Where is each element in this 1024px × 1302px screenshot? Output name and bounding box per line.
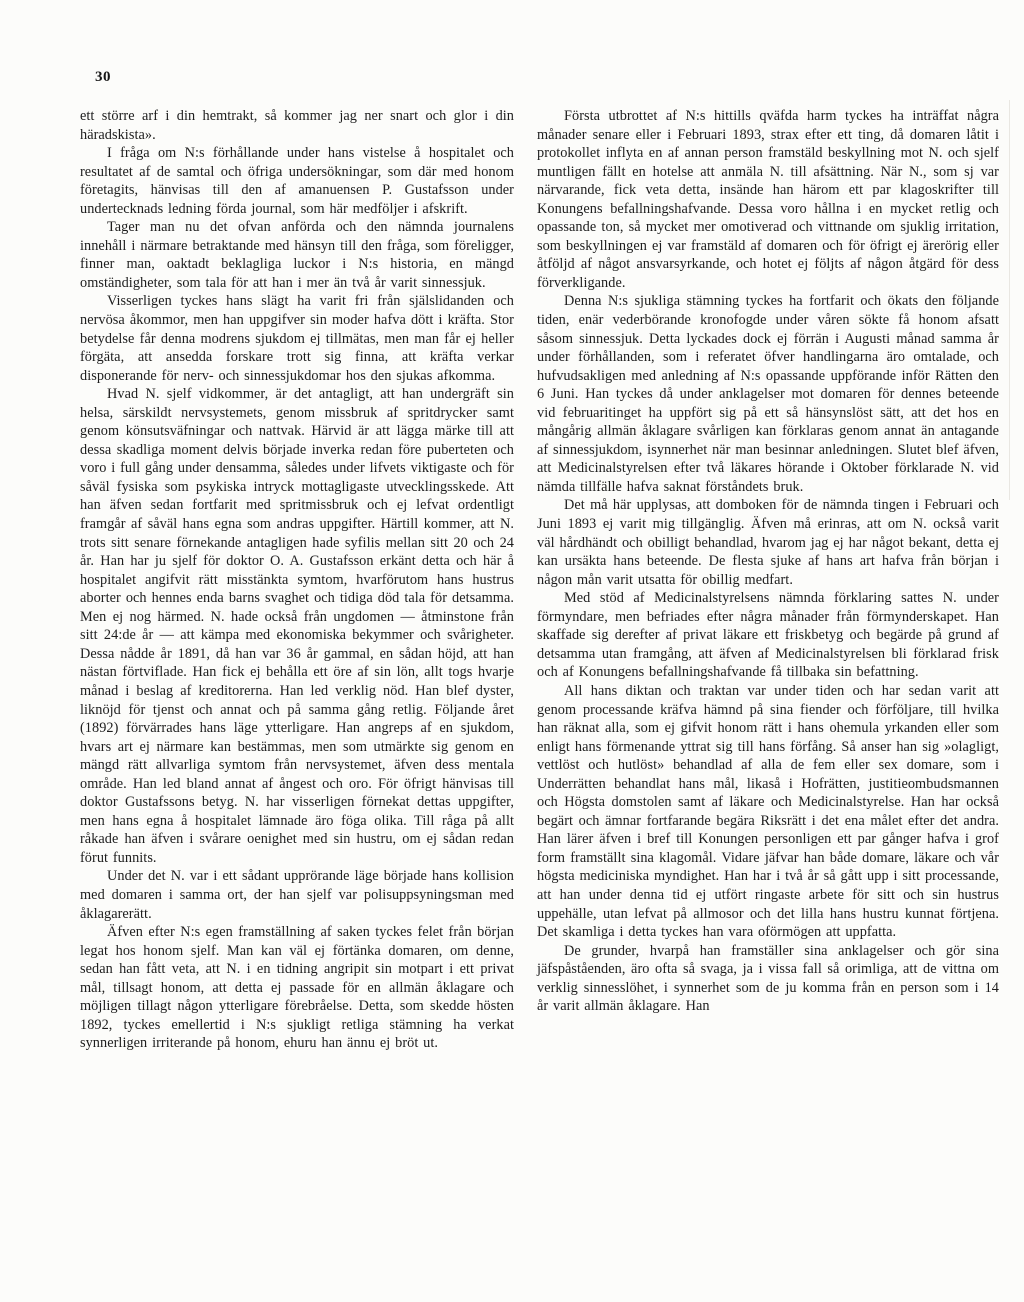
paragraph: I fråga om N:s förhållande under hans vi… (80, 144, 514, 218)
paragraph: Hvad N. sjelf vidkommer, är det antaglig… (80, 385, 514, 867)
paragraph: Under det N. var i ett sådant upprörande… (80, 867, 514, 923)
left-text-column: ett större arf i din hemtrakt, så kommer… (80, 107, 514, 1053)
paragraph: Första utbrottet af N:s hittills qväfda … (537, 107, 999, 292)
paragraph: Visserligen tyckes hans slägt ha varit f… (80, 292, 514, 385)
paragraph: Denna N:s sjukliga stämning tyckes ha fo… (537, 292, 999, 496)
paragraph: Det må här upplysas, att domboken för de… (537, 496, 999, 589)
paragraph: Med stöd af Medicinalstyrelsens nämnda f… (537, 589, 999, 682)
book-page: 30 ett större arf i din hemtrakt, så kom… (0, 0, 1024, 1302)
page-number: 30 (95, 69, 111, 86)
page-edge-artifact (1009, 100, 1010, 500)
paragraph: All hans diktan och traktan var under ti… (537, 682, 999, 942)
paragraph: Tager man nu det ofvan anförda och den n… (80, 218, 514, 292)
paragraph: De grunder, hvarpå han framställer sina … (537, 942, 999, 1016)
right-text-column: Första utbrottet af N:s hittills qväfda … (537, 107, 999, 1016)
paragraph: ett större arf i din hemtrakt, så kommer… (80, 107, 514, 144)
paragraph: Äfven efter N:s egen framställning af sa… (80, 923, 514, 1053)
